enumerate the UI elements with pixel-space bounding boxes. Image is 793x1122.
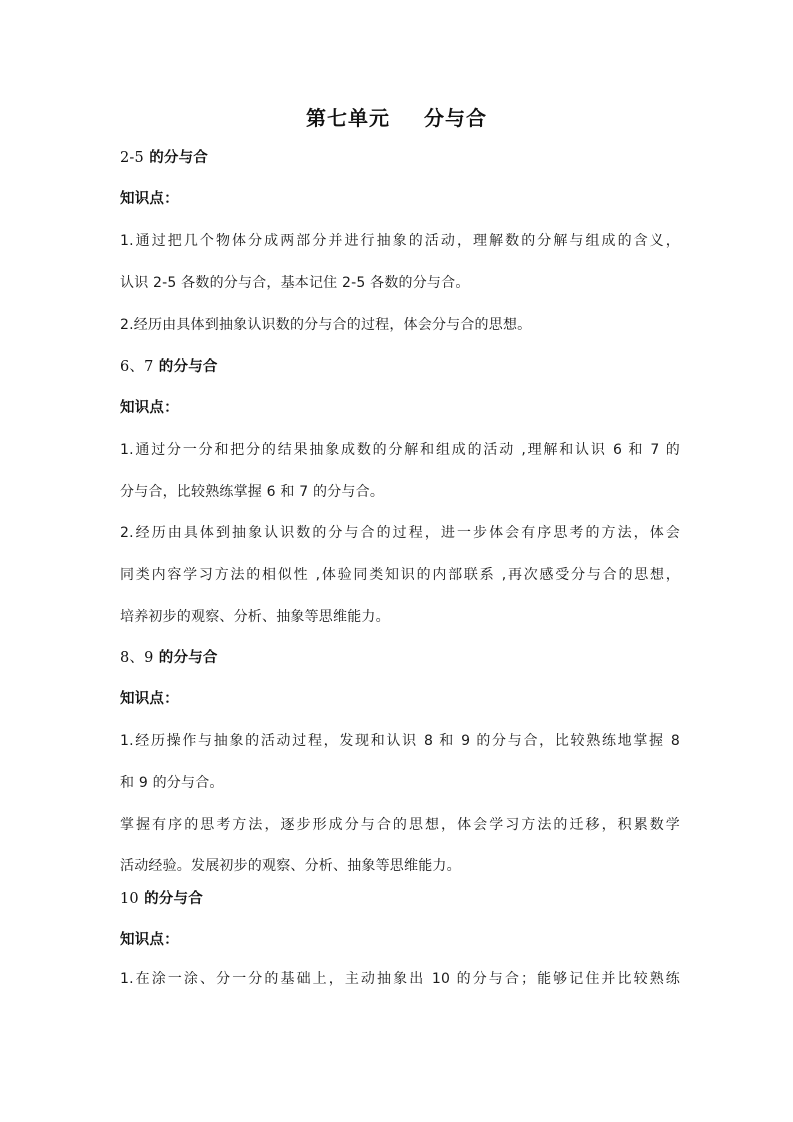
paragraph-line: 认识 2-5 各数的分与合，基本记住 2-5 各数的分与合。: [120, 273, 680, 293]
paragraph-line: 活动经验。发展初步的观察、分析、抽象等思维能力。: [120, 856, 680, 876]
knowledge-points-label: 知识点：: [120, 189, 179, 209]
paragraph-line: 1.经历操作与抽象的活动过程，发现和认识 8 和 9 的分与合，比较熟练地掌握 …: [120, 731, 680, 751]
paragraph-line: 2.经历由具体到抽象认识数的分与合的过程，进一步体会有序思考的方法，体会: [120, 523, 680, 543]
knowledge-points-label: 知识点：: [120, 689, 179, 709]
paragraph-line: 和 9 的分与合。: [120, 773, 680, 793]
title-topic: 分与合: [424, 106, 487, 130]
knowledge-points-label: 知识点：: [120, 398, 179, 418]
document-page: 第七单元分与合 2-5 的分与合 知识点： 1.通过把几个物体分成两部分并进行抽…: [0, 0, 793, 1122]
paragraph-line: 培养初步的观察、分析、抽象等思维能力。: [120, 607, 680, 627]
paragraph-line: 1.通过把几个物体分成两部分并进行抽象的活动，理解数的分解与组成的含义，: [120, 231, 680, 251]
knowledge-points-label: 知识点：: [120, 930, 179, 950]
section-heading: 8、9 的分与合: [120, 648, 218, 668]
page-title: 第七单元分与合: [0, 104, 793, 132]
paragraph-line: 1.在涂一涂、分一分的基础上，主动抽象出 10 的分与合；能够记住并比较熟练: [120, 969, 680, 989]
section-heading: 10 的分与合: [120, 889, 203, 909]
paragraph-line: 1.通过分一分和把分的结果抽象成数的分解和组成的活动 ,理解和认识 6 和 7 …: [120, 440, 680, 460]
section-heading: 6、7 的分与合: [120, 357, 218, 377]
paragraph-line: 掌握有序的思考方法，逐步形成分与合的思想，体会学习方法的迁移，积累数学: [120, 815, 680, 835]
paragraph-line: 同类内容学习方法的相似性 ,体验同类知识的内部联系 ,再次感受分与合的思想，: [120, 565, 680, 585]
paragraph-line: 分与合，比较熟练掌握 6 和 7 的分与合。: [120, 482, 680, 502]
section-heading: 2-5 的分与合: [120, 148, 208, 168]
title-unit: 第七单元: [306, 106, 390, 130]
paragraph-line: 2.经历由具体到抽象认识数的分与合的过程，体会分与合的思想。: [120, 315, 680, 335]
